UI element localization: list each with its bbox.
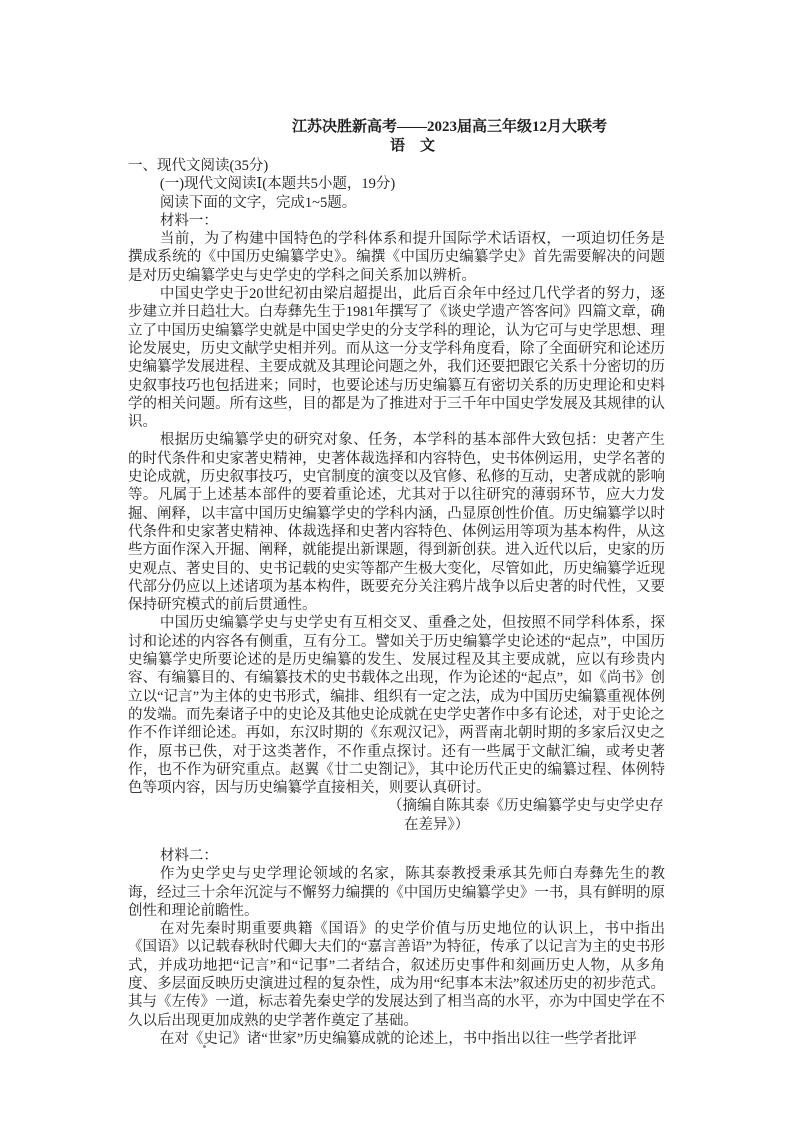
material-one-paragraph: 中国史学史于20世纪初由梁启超提出，此后百余年中经过几代学者的努力，逐步建立并日… (128, 285, 665, 431)
material-one-paragraph: 当前，为了构建中国特色的学科体系和提升国际学术话语权，一项迫切任务是撰成系统的《… (128, 230, 665, 285)
exam-page: 江苏决胜新高考——2023届高三年级12月大联考 语 文 一、现代文阅读(35分… (0, 0, 793, 1122)
material-one-paragraph: 根据历史编纂学史的研究对象、任务，本学科的基本部件大致包括：史著产生的时代条件和… (128, 431, 665, 614)
material-two-label: 材料二： (128, 847, 665, 865)
exam-title: 江苏决胜新高考——2023届高三年级12月大联考 (181, 118, 718, 137)
exam-content: 江苏决胜新高考——2023届高三年级12月大联考 语 文 一、现代文阅读(35分… (128, 118, 665, 1048)
reading-instruction: 阅读下面的文字，完成1~5题。 (128, 194, 665, 212)
material-one-paragraph: 中国历史编纂学史与史学史有互相交叉、重叠之处，但按照不同学科体系，探讨和论述的内… (128, 614, 665, 797)
scan-artifact-dot (203, 1045, 206, 1048)
material-two-paragraph: 作为史学史与史学理论领域的名家，陈其泰教授秉承其先师白寿彝先生的教诲，经过三十余… (128, 865, 665, 920)
subject-title: 语 文 (144, 137, 681, 156)
material-two-paragraph: 在对《史记》诸“世家”历史编纂成就的论述上，书中指出以往一些学者批评 (128, 1030, 665, 1048)
material-one-label: 材料一： (128, 212, 665, 230)
material-one-attribution: （摘编自陈其泰《历史编纂学史与史学史存 (388, 797, 665, 815)
subsection-heading: (一)现代文阅读Ⅰ(本题共5小题，19分) (128, 175, 665, 193)
material-one-attribution: 在差异》） (404, 816, 665, 834)
section-heading: 一、现代文阅读(35分) (128, 157, 665, 175)
material-two-paragraph: 在对先秦时期重要典籍《国语》的史学价值与历史地位的认识上，书中指出《国语》以记载… (128, 920, 665, 1030)
